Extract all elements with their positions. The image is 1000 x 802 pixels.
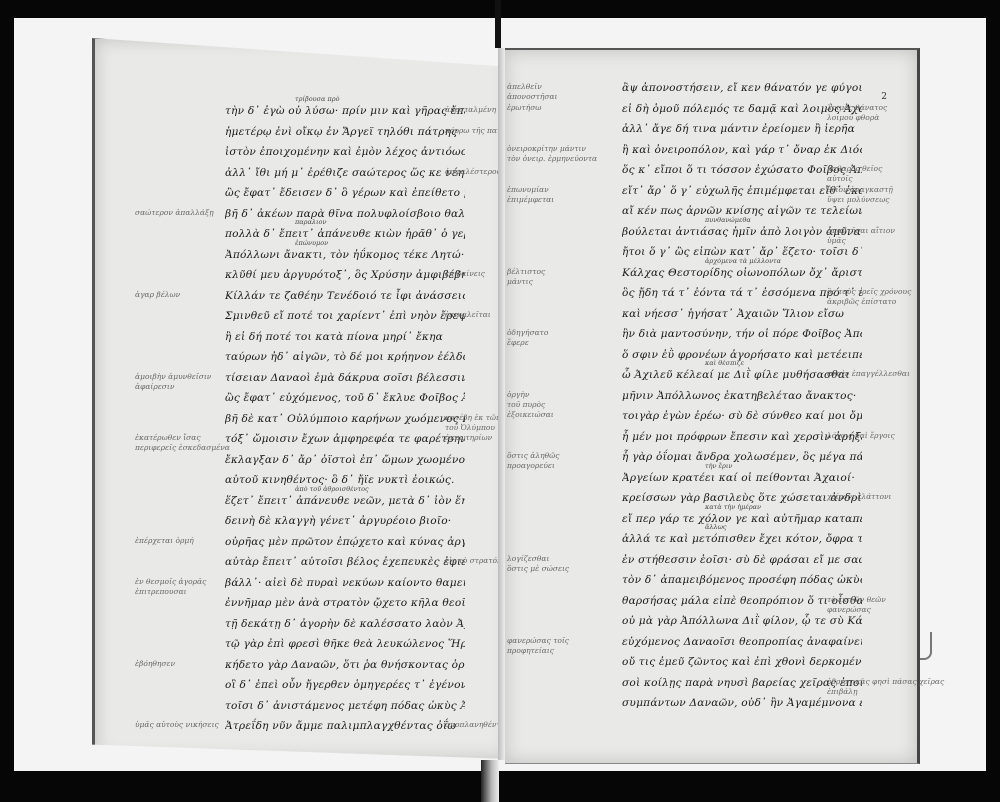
manuscript-line: οἳ δ᾽ ἐπεὶ οὖν ἤγερθεν ὁμηγερέες τ᾽ ἐγέν… xyxy=(225,675,465,696)
manuscript-line: τίσειαν Δαναοὶ ἐμὰ δάκρυα σοῖσι βέλεσσιν… xyxy=(225,368,465,389)
marginal-gloss: φησὶν ἐπαγγέλλεσθαι xyxy=(827,369,910,379)
manuscript-line: ὅς κ᾽ εἴποι ὅ τι τόσσον ἐχώσατο Φοῖβος Ἀ… xyxy=(622,160,862,181)
interlinear-gloss: πυνθανώμεθα xyxy=(705,216,751,224)
manuscript-line: οὐ μὰ γὰρ Ἀπόλλωνα Διῒ φίλον, ᾧ τε σὺ Κά… xyxy=(622,611,862,632)
manuscript-line: εἰ δὴ ὁμοῦ πόλεμός τε δαμᾷ καὶ λοιμὸς Ἀχ… xyxy=(622,99,862,120)
manuscript-line: σοὶ κοίλῃς παρὰ νηυσὶ βαρείας χεῖρας ἐπο… xyxy=(622,673,862,694)
right-page-text: ἂψ ἀπονοστήσειν, εἴ κεν θάνατόν γε φύγοι… xyxy=(622,78,862,714)
marginal-gloss: ὀργὴντοῦ πυρὸςἐξοικειώσαι xyxy=(507,390,554,420)
manuscript-line: τοιγὰρ ἐγὼν ἐρέω· σὺ δὲ σύνθεο καί μοι ὄ… xyxy=(622,406,862,427)
marginal-gloss: ἐπέρχεται ὁρμή xyxy=(135,536,194,546)
interlinear-gloss: ἐπώνυμον xyxy=(295,239,328,247)
manuscript-line: Ἀργείων κρατέει καί οἱ πείθονται Ἀχαιοί· xyxy=(622,468,862,489)
interlinear-gloss: κατὰ τὴν ἡμέραν xyxy=(705,503,761,511)
manuscript-line: ταύρων ἠδ᾽ αἰγῶν, τὸ δέ μοι κρήηνον ἐέλδ… xyxy=(225,347,465,368)
manuscript-line: ἦ μέν μοι πρόφρων ἔπεσιν καὶ χερσὶν ἀρήξ… xyxy=(622,427,862,448)
manuscript-line: κήδετο γὰρ Δαναῶν, ὅτι ῥα θνήσκοντας ὁρᾶ… xyxy=(225,655,465,676)
interlinear-gloss: ἄλλως xyxy=(705,523,727,531)
marginal-gloss: καθαρός θεῖοςαὐτοῖς xyxy=(827,164,882,184)
marginal-gloss: ἐρωτήσω xyxy=(507,103,541,113)
manuscript-line: αὐτὰρ ἔπειτ᾽ αὐτοῖσι βέλος ἐχεπευκὲς ἐφι… xyxy=(225,552,465,573)
manuscript-line: ἱστὸν ἐποιχομένην καὶ ἐμὸν λέχος ἀντιόωσ… xyxy=(225,142,465,163)
manuscript-line: τὴν δ᾽ ἐγὼ οὐ λύσω· πρίν μιν καὶ γῆρας ἔ… xyxy=(225,101,465,122)
marginal-gloss: ἐπωνυμίανἐπιμέμφεται xyxy=(507,185,554,205)
manuscript-line: ἀλλ᾽ ἄγε δή τινα μάντιν ἐρείομεν ἢ ἱερῆα xyxy=(622,119,862,140)
marginal-gloss: ἀπελθεῖνἀπονοστῆσαι xyxy=(507,82,557,102)
manuscript-line: ἡμετέρῳ ἐνὶ οἴκῳ ἐν Ἄργεϊ τηλόθι πάτρης xyxy=(225,122,465,143)
manuscript-line: δεινὴ δὲ κλαγγὴ γένετ᾽ ἀργυρέοιο βιοῖο· xyxy=(225,511,465,532)
marginal-gloss: λόγοις καὶ ἔργοις xyxy=(827,431,895,441)
manuscript-line: Κάλχας Θεστορίδης οἰωνοπόλων ὄχ᾽ ἄριστος… xyxy=(622,263,862,284)
manuscript-line: βῆ δ᾽ ἀκέων παρὰ θῖνα πολυφλοίσβοιο θαλά… xyxy=(225,204,465,225)
marginal-gloss: ἀπαντῆσαι αἴτιονὑμᾶς xyxy=(827,226,895,246)
manuscript-line: συμπάντων Δαναῶν, οὐδ᾽ ἢν Ἀγαμέμνονα εἴπ… xyxy=(622,693,862,714)
manuscript-line: ὣς ἔφατ᾽ εὐχόμενος, τοῦ δ᾽ ἔκλυε Φοῖβος … xyxy=(225,388,465,409)
manuscript-line: τῷ γὰρ ἐπὶ φρεσὶ θῆκε θεὰ λευκώλενος Ἥρη… xyxy=(225,634,465,655)
manuscript-line: εἴτ᾽ ἄρ᾽ ὅ γ᾽ εὐχωλῆς ἐπιμέμφεται εἴθ᾽ ἑ… xyxy=(622,181,862,202)
manuscript-line: ἔκλαγξαν δ᾽ ἄρ᾽ ὀϊστοὶ ἐπ᾽ ὤμων χωομένοι… xyxy=(225,450,465,471)
manuscript-line: τῇ δεκάτῃ δ᾽ ἀγορὴν δὲ καλέσσατο λαὸν Ἀχ… xyxy=(225,614,465,635)
manuscript-line: Ἀτρεΐδη νῦν ἄμμε παλιμπλαγχθέντας ὀΐω xyxy=(225,716,465,737)
marginal-gloss: ἐκατέρωθεν ἴσαςπεριφερεῖς ἐσκεδασμένα xyxy=(135,433,230,453)
marginal-gloss: ἀσφαλέστερος xyxy=(445,167,501,177)
manuscript-line: βάλλ᾽· αἰεὶ δὲ πυραὶ νεκύων καίοντο θαμε… xyxy=(225,573,465,594)
manuscript-line: εὐχόμενος Δαναοῖσι θεοπροπίας ἀναφαίνεις… xyxy=(622,632,862,653)
interlinear-gloss: τὴν ἔριν xyxy=(705,462,732,470)
left-page: τὴν δ᾽ ἐγὼ οὐ λύσω· πρίν μιν καὶ γῆρας ἔ… xyxy=(92,38,509,759)
manuscript-line: Κίλλάν τε ζαθέην Τενέδοιό τε ἶφι ἀνάσσει… xyxy=(225,286,465,307)
marginal-gloss: ἐβόηθησεν xyxy=(135,659,175,669)
manuscript-line: ἐννῆμαρ μὲν ἀνὰ στρατὸν ᾤχετο κῆλα θεοῖο… xyxy=(225,593,465,614)
right-page: 2 ἂψ ἀπονοστήσειν, εἴ κεν θάνατόν γε φύγ… xyxy=(505,48,920,764)
manuscript-line: μῆνιν Ἀπόλλωνος ἑκατηβελέταο ἄνακτος· xyxy=(622,386,862,407)
manuscript-line: θαρσήσας μάλα εἰπὲ θεοπρόπιον ὅ τι οἶσθα… xyxy=(622,591,862,612)
marginal-gloss: σαώτερον ἀπαλλάξῃ xyxy=(135,208,214,218)
manuscript-line: βῆ δὲ κατ᾽ Οὐλύμποιο καρήνων χωόμενος κῆ… xyxy=(225,409,465,430)
marginal-gloss: ἐπιβαίνεις xyxy=(445,269,485,279)
interlinear-gloss: τρίβουσα πρὸ xyxy=(295,95,340,103)
manuscript-line: ἢ καὶ ὀνειροπόλον, καὶ γάρ τ᾽ ὄναρ ἐκ Δι… xyxy=(622,140,862,161)
marginal-gloss: λοιμὸς θάνατοςλοιμοῦ φθορὰ xyxy=(827,103,887,123)
manuscript-line: κλῦθί μευ ἀργυρότοξ᾽, ὃς Χρύσην ἀμφιβέβη… xyxy=(225,265,465,286)
marginal-gloss: φανερώσας τοῖςπροφητείαις xyxy=(507,636,569,656)
folio-number: 2 xyxy=(881,92,887,102)
manuscript-line: τόξ᾽ ὤμοισιν ἔχων ἀμφηρεφέα τε φαρέτρην· xyxy=(225,429,465,450)
marginal-gloss: ὁδηγήσατοἔφερε xyxy=(507,328,548,348)
interlinear-gloss: παραλιον xyxy=(295,218,326,226)
manuscript-line: ἦ γὰρ ὀΐομαι ἄνδρα χολωσέμεν, ὃς μέγα πά… xyxy=(622,447,862,468)
manuscript-line: οὐρῆας μὲν πρῶτον ἐπῴχετο καὶ κύνας ἀργο… xyxy=(225,532,465,553)
marginal-gloss: ὑμᾶς αὐτοὺς νικήσεις xyxy=(135,720,219,730)
manuscript-line: τοῖσι δ᾽ ἀνιστάμενος μετέφη πόδας ὠκὺς Ἀ… xyxy=(225,696,465,717)
manuscript-line: ἢ εἰ δή ποτέ τοι κατὰ πίονα μηρί᾽ ἔκηα xyxy=(225,327,465,348)
manuscript-line: πολλὰ δ᾽ ἔπειτ᾽ ἀπάνευθε κιὼν ἠρᾶθ᾽ ὁ γε… xyxy=(225,224,465,245)
marginal-gloss: χείρονι ἐλάττονι xyxy=(827,492,891,502)
manuscript-line: ἂψ ἀπονοστήσειν, εἴ κεν θάνατόν γε φύγοι… xyxy=(622,78,862,99)
marginal-gloss: ὑβριστικὰς φησὶ πάσας χεῖραςἐπιβάλῃ xyxy=(827,677,944,697)
manuscript-line: Σμινθεῦ εἴ ποτέ τοι χαρίεντ᾽ ἐπὶ νηὸν ἔρ… xyxy=(225,306,465,327)
interlinear-gloss: ἀπὸ τοῦ ἀθροισθέντος xyxy=(295,485,369,493)
manuscript-line: βούλεται ἀντιάσας ἡμῖν ἀπὸ λοιγὸν ἀμῦναι… xyxy=(622,222,862,243)
interlinear-gloss: καὶ θέσπιζε xyxy=(705,359,744,367)
marginal-gloss: ἀμοιβὴν ἀμυνθεῖσινἀφαίρεσιν xyxy=(135,372,211,392)
manuscript-line: ὣς ἔφατ᾽ ἔδεισεν δ᾽ ὃ γέρων καὶ ἐπείθετο… xyxy=(225,183,465,204)
marginal-gloss: κατέβη ἐκ τῶντοῦ Ὀλύμπουἀκρωτηρίων xyxy=(445,413,501,443)
marginal-gloss: ὀνειροκρίτην μάντιντὸν ὀνειρ. ἑρμηνεύοντ… xyxy=(507,144,597,164)
marginal-gloss: ὅστις ἀληθῶςπροαγορεύει xyxy=(507,451,559,471)
paper-clip-mark xyxy=(920,632,932,660)
manuscript-line: οὔ τις ἐμεῦ ζῶντος καὶ ἐπὶ χθονὶ δερκομέ… xyxy=(622,652,862,673)
manuscript-line: ἀλλ᾽ ἴθι μή μ᾽ ἐρέθιζε σαώτερος ὥς κε νέ… xyxy=(225,163,465,184)
marginal-gloss: ἐπικαλεῖται xyxy=(445,310,491,320)
manuscript-line: ἕζετ᾽ ἔπειτ᾽ ἀπάνευθε νεῶν, μετὰ δ᾽ ἰὸν … xyxy=(225,491,465,512)
marginal-gloss: ἐν θεσμοῖς ἀγορᾶςἐπιτρεπουσαι xyxy=(135,577,206,597)
manuscript-line: εἴ περ γάρ τε χόλον γε καὶ αὐτῆμαρ καταπ… xyxy=(622,509,862,530)
marginal-gloss: τὸ ἐκ τῶν θεῶνφανερώσας xyxy=(827,595,886,615)
manuscript-line: Ἀπόλλωνι ἄνακτι, τὸν ἠΰκομος τέκε Λητώ· xyxy=(225,245,465,266)
manuscript-line: ἀλλά τε καὶ μετόπισθεν ἔχει κότον, ὄφρα … xyxy=(622,529,862,550)
manuscript-line: ὃς ᾔδη τά τ᾽ ἐόντα τά τ᾽ ἐσσόμενα πρό τ᾽… xyxy=(622,283,862,304)
manuscript-line: ὦ Ἀχιλεῦ κέλεαί με Διῒ φίλε μυθήσασθαι xyxy=(622,365,862,386)
manuscript-line: ἣν διὰ μαντοσύνην, τήν οἱ πόρε Φοῖβος Ἀπ… xyxy=(622,324,862,345)
marginal-gloss: ὃς τοὺς τρεῖς χρόνουςἀκριβῶς ἐπίστατο xyxy=(827,287,911,307)
marginal-gloss: θεῖον ἀναγκαστῇὕψει μολύνσεως xyxy=(827,185,893,205)
binding-spine-bottom xyxy=(481,760,499,802)
manuscript-line: τὸν δ᾽ ἀπαμειβόμενος προσέφη πόδας ὠκὺς … xyxy=(622,570,862,591)
left-page-text: τὴν δ᾽ ἐγὼ οὐ λύσω· πρίν μιν καὶ γῆρας ἔ… xyxy=(225,101,465,737)
manuscript-line: ἐν στήθεσσιν ἑοῖσι· σὺ δὲ φράσαι εἴ με σ… xyxy=(622,550,862,571)
interlinear-gloss: ἀρχόμενα τὰ μέλλοντα xyxy=(705,257,781,265)
marginal-gloss: βέλτιστοςμάντις xyxy=(507,267,545,287)
manuscript-line: καὶ νήεσσ᾽ ἡγήσατ᾽ Ἀχαιῶν Ἴλιον εἴσω xyxy=(622,304,862,325)
marginal-gloss: ἀγαρ βέλων xyxy=(135,290,180,300)
binding-spine-top xyxy=(495,0,501,48)
marginal-gloss: λογίζεσθαιὅστις μὲ σώσεις xyxy=(507,554,569,574)
marginal-gloss: ἀπεσταλμένη xyxy=(445,105,496,115)
